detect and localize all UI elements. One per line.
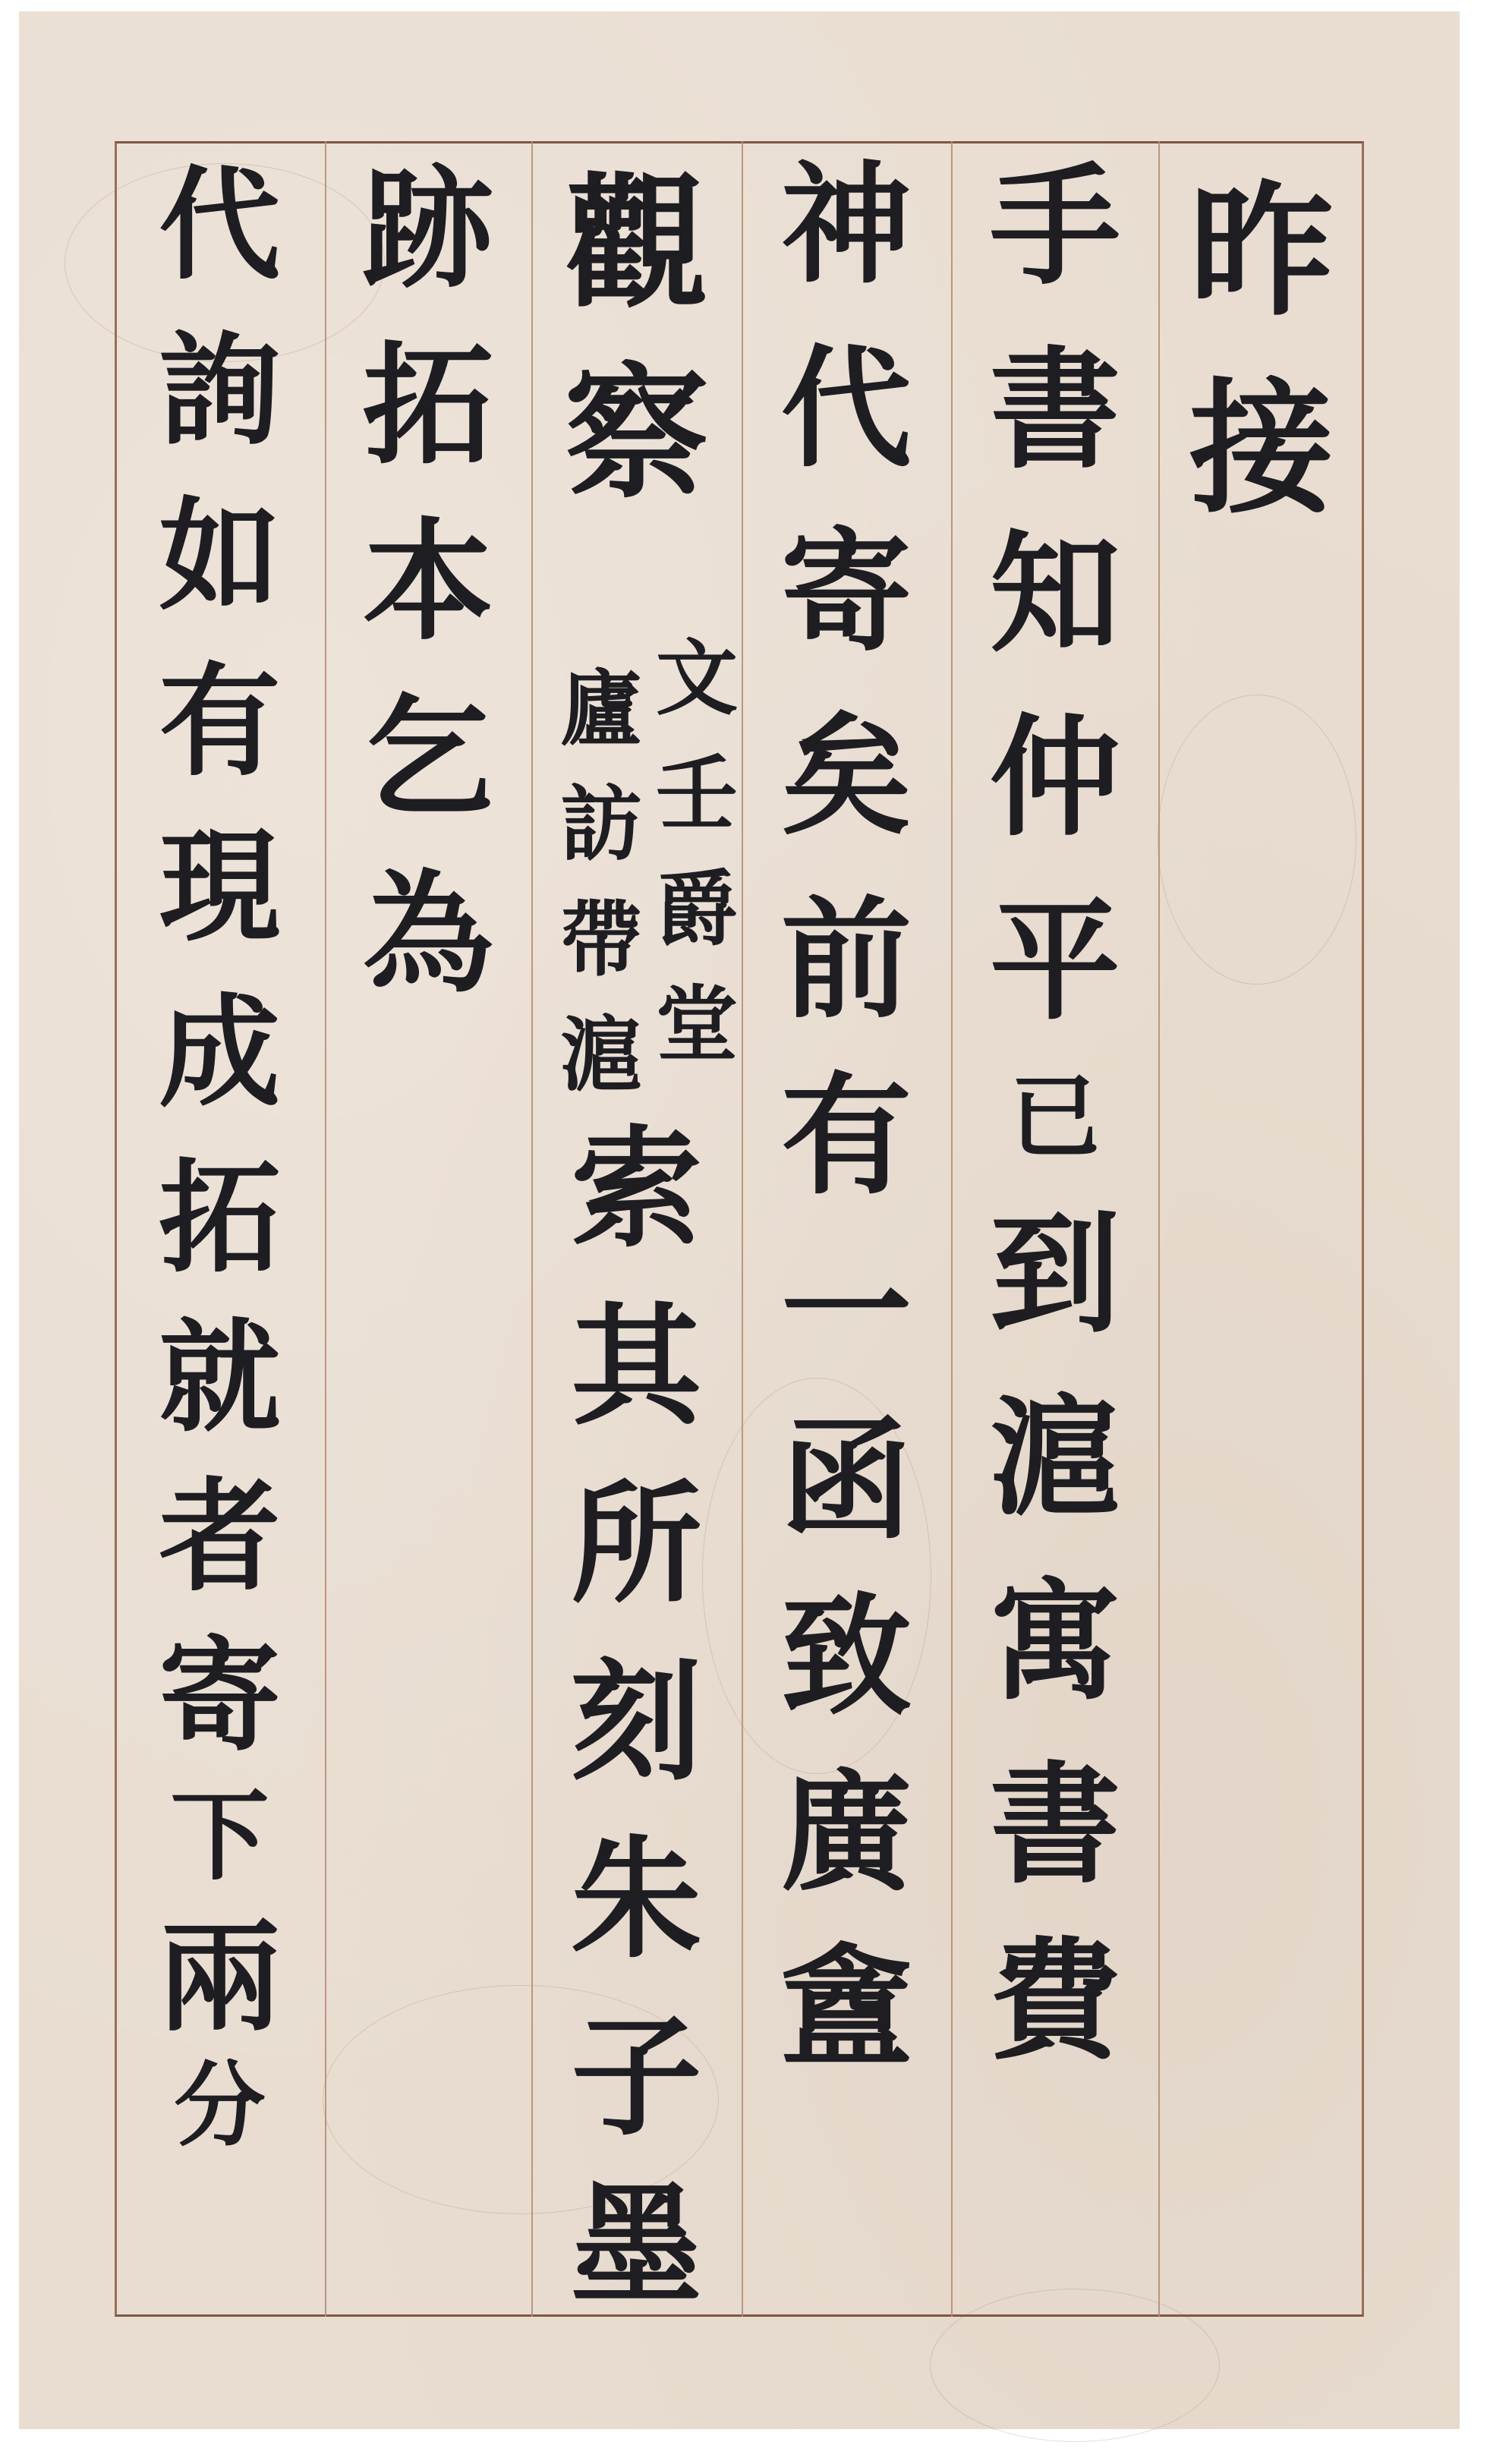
character: 到 bbox=[990, 1208, 1120, 1339]
character: 所 bbox=[572, 1479, 702, 1609]
character: 滬 bbox=[990, 1392, 1120, 1523]
character: 兩 bbox=[159, 1916, 280, 2037]
text-column-1: 昨 接 bbox=[1160, 141, 1363, 2355]
character: 費 bbox=[990, 1936, 1120, 2066]
character: 索 bbox=[572, 1123, 702, 1254]
character: 知 bbox=[990, 528, 1120, 659]
annotation-character: 壬 bbox=[656, 753, 738, 835]
annotation-character: 堂 bbox=[656, 984, 738, 1066]
character: 代 bbox=[781, 343, 912, 474]
character: 函 bbox=[781, 1415, 912, 1546]
character: 有 bbox=[159, 660, 280, 782]
character: 神 bbox=[781, 159, 912, 290]
character: 寄 bbox=[781, 527, 912, 657]
character: 就 bbox=[159, 1316, 280, 1438]
character: 察 bbox=[564, 361, 708, 506]
annotation-character: 爵 bbox=[656, 868, 738, 950]
character: 拓 bbox=[159, 1157, 280, 1278]
annotation-character: 文 bbox=[656, 638, 738, 720]
character: 本 bbox=[363, 516, 493, 647]
character: 手 bbox=[990, 161, 1120, 291]
character: 分 bbox=[175, 2060, 266, 2151]
character: 書 bbox=[990, 1760, 1120, 1890]
character: 墨 bbox=[572, 2180, 702, 2311]
annotation-character: 帶 bbox=[560, 899, 642, 981]
character: 為 bbox=[363, 868, 493, 999]
character: 平 bbox=[990, 896, 1120, 1026]
character: 刻 bbox=[572, 1656, 702, 1787]
annotation-character: 訪 bbox=[560, 783, 642, 865]
character: 有 bbox=[781, 1070, 912, 1201]
annotation-character: 廬 bbox=[560, 668, 642, 750]
character: 如 bbox=[159, 495, 280, 616]
character: 現 bbox=[159, 826, 280, 947]
character: 寓 bbox=[990, 1576, 1120, 1706]
character: 子 bbox=[572, 2012, 702, 2142]
text-column-6: 代 詢 如 有 現 成 拓 就 者 寄 下 兩 分 bbox=[116, 141, 323, 2340]
character: 已 bbox=[1010, 1072, 1101, 1163]
character: 寄 bbox=[159, 1635, 280, 1757]
text-column-3: 神 代 寄 矣 前 有 一 函 致 廣 盦 bbox=[743, 141, 950, 2335]
annotation-character: 滬 bbox=[560, 1014, 642, 1096]
character: 前 bbox=[781, 894, 912, 1025]
character: 一 bbox=[781, 1246, 912, 1377]
interlinear-annotation: 廬 訪 帶 滬 文 壬 爵 堂 bbox=[560, 638, 738, 1130]
character: 矣 bbox=[781, 711, 912, 841]
text-column-5: 跡 拓 本 乞 為 bbox=[326, 141, 530, 2340]
character: 昨 bbox=[1189, 179, 1334, 323]
character: 拓 bbox=[363, 340, 493, 471]
character: 乞 bbox=[363, 692, 493, 823]
character: 廣 bbox=[781, 1767, 912, 1898]
character: 接 bbox=[1189, 377, 1334, 521]
character: 跡 bbox=[363, 164, 493, 295]
character: 盦 bbox=[781, 1943, 912, 2074]
character: 仲 bbox=[990, 712, 1120, 843]
character: 朱 bbox=[572, 1834, 702, 1965]
text-column-4-lower: 索 其 所 刻 朱 子 墨 bbox=[533, 1123, 740, 2308]
character: 致 bbox=[781, 1591, 912, 1722]
character: 成 bbox=[159, 991, 280, 1113]
character: 詢 bbox=[159, 329, 280, 451]
character: 觀 bbox=[564, 172, 708, 316]
character: 代 bbox=[159, 164, 280, 285]
character: 者 bbox=[159, 1476, 280, 1597]
character: 其 bbox=[572, 1301, 702, 1432]
annotation-left-line: 廬 訪 帶 滬 bbox=[560, 638, 642, 1130]
annotation-right-line: 文 壬 爵 堂 bbox=[656, 638, 738, 1130]
character: 下 bbox=[170, 1787, 269, 1886]
text-column-2: 手 書 知 仲 平 已 到 滬 寓 書 費 bbox=[953, 141, 1158, 2336]
character: 書 bbox=[990, 345, 1120, 475]
